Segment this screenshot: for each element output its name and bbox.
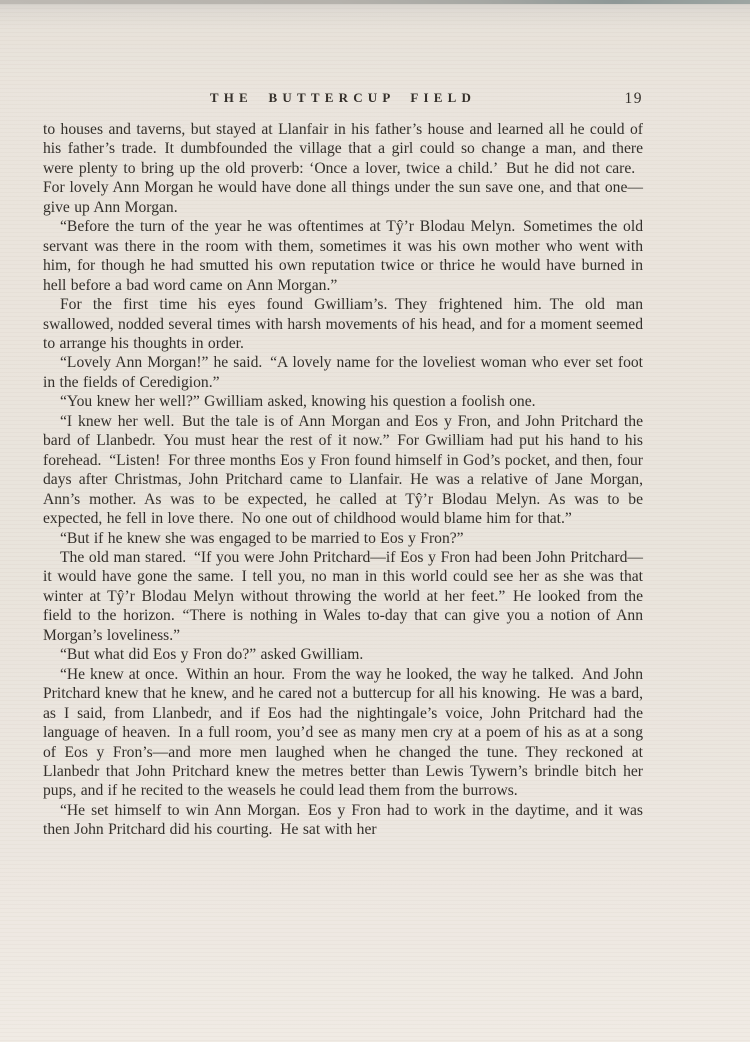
running-head: THE BUTTERCUP FIELD <box>43 90 643 106</box>
page-header: THE BUTTERCUP FIELD 19 <box>43 90 643 110</box>
paragraph: “Before the turn of the year he was ofte… <box>43 217 643 295</box>
paragraph: “But if he knew she was engaged to be ma… <box>43 529 643 548</box>
paragraph: “Lovely Ann Morgan!” he said. “A lovely … <box>43 353 643 392</box>
page-number: 19 <box>625 90 644 108</box>
paragraph: “He set himself to win Ann Morgan. Eos y… <box>43 801 643 840</box>
body-text: to houses and taverns, but stayed at Lla… <box>43 120 643 840</box>
paragraph: For the first time his eyes found Gwilli… <box>43 295 643 353</box>
scan-top-edge <box>0 0 750 4</box>
paragraph: The old man stared. “If you were John Pr… <box>43 548 643 645</box>
paragraph: “You knew her well?” Gwilliam asked, kno… <box>43 392 643 411</box>
paragraph: “He knew at once. Within an hour. From t… <box>43 665 643 801</box>
paragraph: “I knew her well. But the tale is of Ann… <box>43 412 643 529</box>
paragraph: “But what did Eos y Fron do?” asked Gwil… <box>43 645 643 664</box>
paragraph: to houses and taverns, but stayed at Lla… <box>43 120 643 217</box>
